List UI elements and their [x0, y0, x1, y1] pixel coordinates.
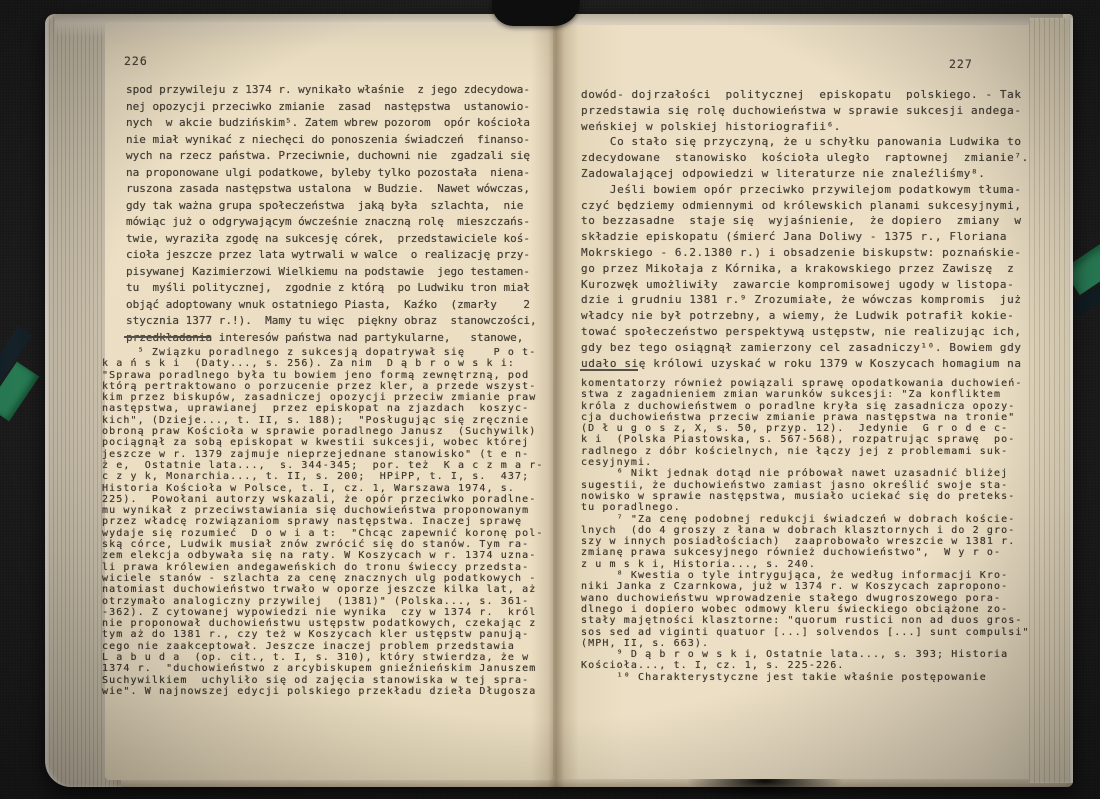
- spine-top-notch: [492, 0, 580, 26]
- left-footnote-rule: [124, 336, 210, 338]
- photo-background: 226 spod przywileju z 1374 r. wynikało w…: [0, 0, 1100, 799]
- right-page-body-text: dowód- dojrzałości politycznej episkopat…: [581, 87, 1029, 371]
- left-page-body-text: spod przywileju z 1374 r. wynikało właśn…: [126, 82, 537, 346]
- right-page-footnotes: komentatorzy również powiązali sprawę op…: [581, 378, 1030, 683]
- left-page-footnotes: ⁵ Związku poradlnego z sukcesją dopatryw…: [102, 347, 543, 697]
- spine-bottom-shadow: [688, 779, 842, 799]
- left-page-number: 226: [124, 54, 148, 68]
- right-page-number: 227: [949, 57, 973, 71]
- right-footnote-rule: [580, 369, 638, 371]
- open-book: 226 spod przywileju z 1374 r. wynikało w…: [45, 14, 1073, 787]
- right-page-stack-edge: [1029, 18, 1073, 783]
